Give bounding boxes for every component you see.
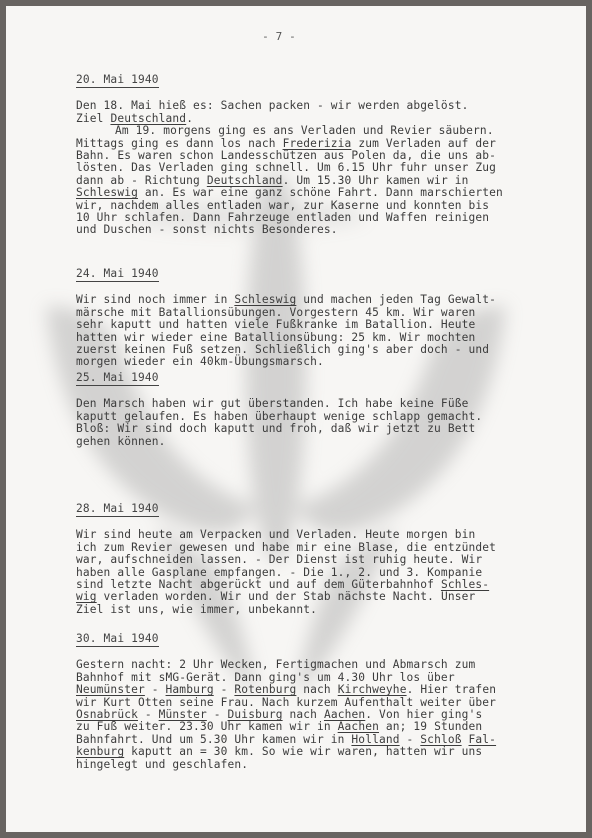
- text-segment: hatten wir wieder eine Batallionsübung: …: [76, 331, 475, 344]
- text-segment: ich zum Revier gewesen und habe mir eine…: [76, 541, 496, 554]
- text-segment: sehr kaputt und hatten viele Fußkranke i…: [76, 318, 475, 331]
- text-segment: nach: [296, 683, 337, 696]
- text-segment: märsche mit Batallionsübungen. Vorgester…: [76, 306, 475, 319]
- underlined-place-name: Rotenburg: [234, 683, 296, 696]
- text-segment: . Von hier ging's: [365, 708, 482, 721]
- underlined-place-name: kenburg: [76, 745, 124, 758]
- diary-entry: 28. Mai 1940Wir sind heute am Verpacken …: [76, 503, 566, 616]
- underlined-place-name: Holland: [351, 733, 399, 746]
- text-segment: Gestern nacht: 2 Uhr Wecken, Fertigmache…: [76, 658, 475, 671]
- text-segment: verladen worden. Wir und der Stab nächst…: [97, 590, 476, 603]
- text-segment: sind letzte Nacht abgerückt und auf dem …: [76, 578, 441, 591]
- text-segment: war, aufschneiden lassen. - Der Dienst i…: [76, 553, 482, 566]
- text-segment: Bahnhof mit sMG-Gerät. Dann ging's um 4.…: [76, 671, 455, 684]
- underlined-place-name: Frederizia: [283, 137, 352, 150]
- text-segment: -: [138, 708, 159, 721]
- diary-entry: 20. Mai 1940Den 18. Mai hieß es: Sachen …: [76, 74, 566, 237]
- page-number: - 7 -: [259, 31, 299, 43]
- text-segment: -: [207, 708, 228, 721]
- text-segment: dann ab - Richtung: [76, 174, 207, 187]
- text-segment: zu Fuß weiter. 23.30 Uhr kamen wir in: [76, 720, 338, 733]
- underlined-place-name: Aachen: [324, 708, 365, 721]
- text-segment: 10 Uhr schlafen. Dann Fahrzeuge entladen…: [76, 211, 489, 224]
- text-segment: -: [214, 683, 235, 696]
- text-segment: gehen können.: [76, 435, 166, 448]
- underlined-place-name: Schleswig: [234, 293, 296, 306]
- entry-body: Den Marsch haben wir gut überstanden. Ic…: [76, 398, 566, 448]
- text-line: und Duschen - sonst nichts Besonderes.: [76, 224, 566, 236]
- entry-date: 20. Mai 1940: [76, 74, 159, 88]
- underlined-place-name: wig: [76, 590, 97, 603]
- text-segment: haben alle Gasplane empfangen. - Die 1.,…: [76, 566, 482, 579]
- text-segment: zuerst keinen Fuß setzen. Schließlich gi…: [76, 343, 489, 356]
- text-segment: . Hier trafen: [407, 683, 497, 696]
- text-segment: morgen wieder ein 40km-Übungsmarsch.: [76, 355, 324, 368]
- text-segment: Bahn. Es waren schon Landesschützen aus …: [76, 149, 496, 162]
- text-segment: zum Verladen auf der: [351, 137, 496, 150]
- entry-body: Gestern nacht: 2 Uhr Wecken, Fertigmache…: [76, 659, 566, 771]
- underlined-place-name: Schleswig: [76, 186, 138, 199]
- text-segment: hingelegt und geschlafen.: [76, 758, 248, 771]
- text-line: morgen wieder ein 40km-Übungsmarsch.: [76, 356, 566, 368]
- text-segment: an. Es war eine ganz schöne Fahrt. Dann …: [138, 186, 503, 199]
- text-segment: an; 19 Stunden: [379, 720, 482, 733]
- entry-date: 28. Mai 1940: [76, 503, 159, 517]
- underlined-place-name: Duisburg: [228, 708, 283, 721]
- text-segment: [462, 733, 469, 746]
- text-line: hingelegt und geschlafen.: [76, 759, 566, 771]
- text-segment: -: [400, 733, 421, 746]
- underlined-place-name: Schloß: [420, 733, 461, 746]
- text-line: Ziel ist uns, wie immer, unbekannt.: [76, 604, 566, 616]
- text-segment: Den 18. Mai hieß es: Sachen packen - wir…: [76, 99, 468, 112]
- text-segment: Wir sind noch immer in: [76, 293, 234, 306]
- underlined-place-name: Kirchweyhe: [338, 683, 407, 696]
- text-segment: Wir sind heute am Verpacken und Verladen…: [76, 528, 475, 541]
- text-segment: lösten. Das Verladen ging schnell. Um 6.…: [76, 161, 496, 174]
- text-segment: und machen jeden Tag Gewalt-: [296, 293, 496, 306]
- text-segment: Bloß: Wir sind doch kaputt und froh, daß…: [76, 422, 475, 435]
- underlined-place-name: Fal-: [469, 733, 497, 746]
- underlined-place-name: Deutschland: [207, 174, 283, 187]
- text-segment: Mittags ging es dann los nach: [76, 137, 283, 150]
- entry-date: 25. Mai 1940: [76, 372, 159, 386]
- text-segment: Ziel ist uns, wie immer, unbekannt.: [76, 603, 317, 616]
- diary-entry: 25. Mai 1940Den Marsch haben wir gut übe…: [76, 372, 566, 448]
- underlined-place-name: Deutschland: [110, 112, 186, 125]
- underlined-place-name: Aachen: [338, 720, 379, 733]
- text-segment: nach: [283, 708, 324, 721]
- text-segment: wir Kurt Otten seine Frau. Nach kurzem A…: [76, 696, 496, 709]
- text-segment: wir, nachdem alles entladen war, zur Kas…: [76, 199, 489, 212]
- document-page: - 7 - 20. Mai 1940Den 18. Mai hieß es: S…: [6, 6, 586, 832]
- entry-body: Den 18. Mai hieß es: Sachen packen - wir…: [76, 100, 566, 236]
- entry-date: 24. Mai 1940: [76, 268, 159, 282]
- diary-entry: 30. Mai 1940Gestern nacht: 2 Uhr Wecken,…: [76, 633, 566, 771]
- text-segment: Den Marsch haben wir gut überstanden. Ic…: [76, 397, 468, 410]
- text-segment: -: [145, 683, 166, 696]
- text-segment: Bahnfahrt. Und um 5.30 Uhr kamen wir in: [76, 733, 351, 746]
- underlined-place-name: Osnabrück: [76, 708, 138, 721]
- underlined-place-name: Schles-: [441, 578, 489, 591]
- text-segment: . Um 15.30 Uhr kamen wir in: [283, 174, 469, 187]
- underlined-place-name: Neumünster: [76, 683, 145, 696]
- text-segment: kaputt gelaufen. Es haben überhaupt weni…: [76, 410, 482, 423]
- entry-body: Wir sind noch immer in Schleswig und mac…: [76, 294, 566, 368]
- underlined-place-name: Münster: [159, 708, 207, 721]
- text-segment: und Duschen - sonst nichts Besonderes.: [76, 223, 338, 236]
- text-segment: Ziel: [76, 112, 110, 125]
- entry-body: Wir sind heute am Verpacken und Verladen…: [76, 529, 566, 616]
- text-segment: Am 19. morgens ging es ans Verladen und …: [115, 124, 494, 137]
- text-segment: .: [186, 112, 193, 125]
- text-line: gehen können.: [76, 436, 566, 448]
- text-segment: kaputt an = 30 km. So wie wir waren, hat…: [124, 745, 482, 758]
- diary-entry: 24. Mai 1940Wir sind noch immer in Schle…: [76, 268, 566, 369]
- entry-date: 30. Mai 1940: [76, 633, 159, 647]
- underlined-place-name: Hamburg: [166, 683, 214, 696]
